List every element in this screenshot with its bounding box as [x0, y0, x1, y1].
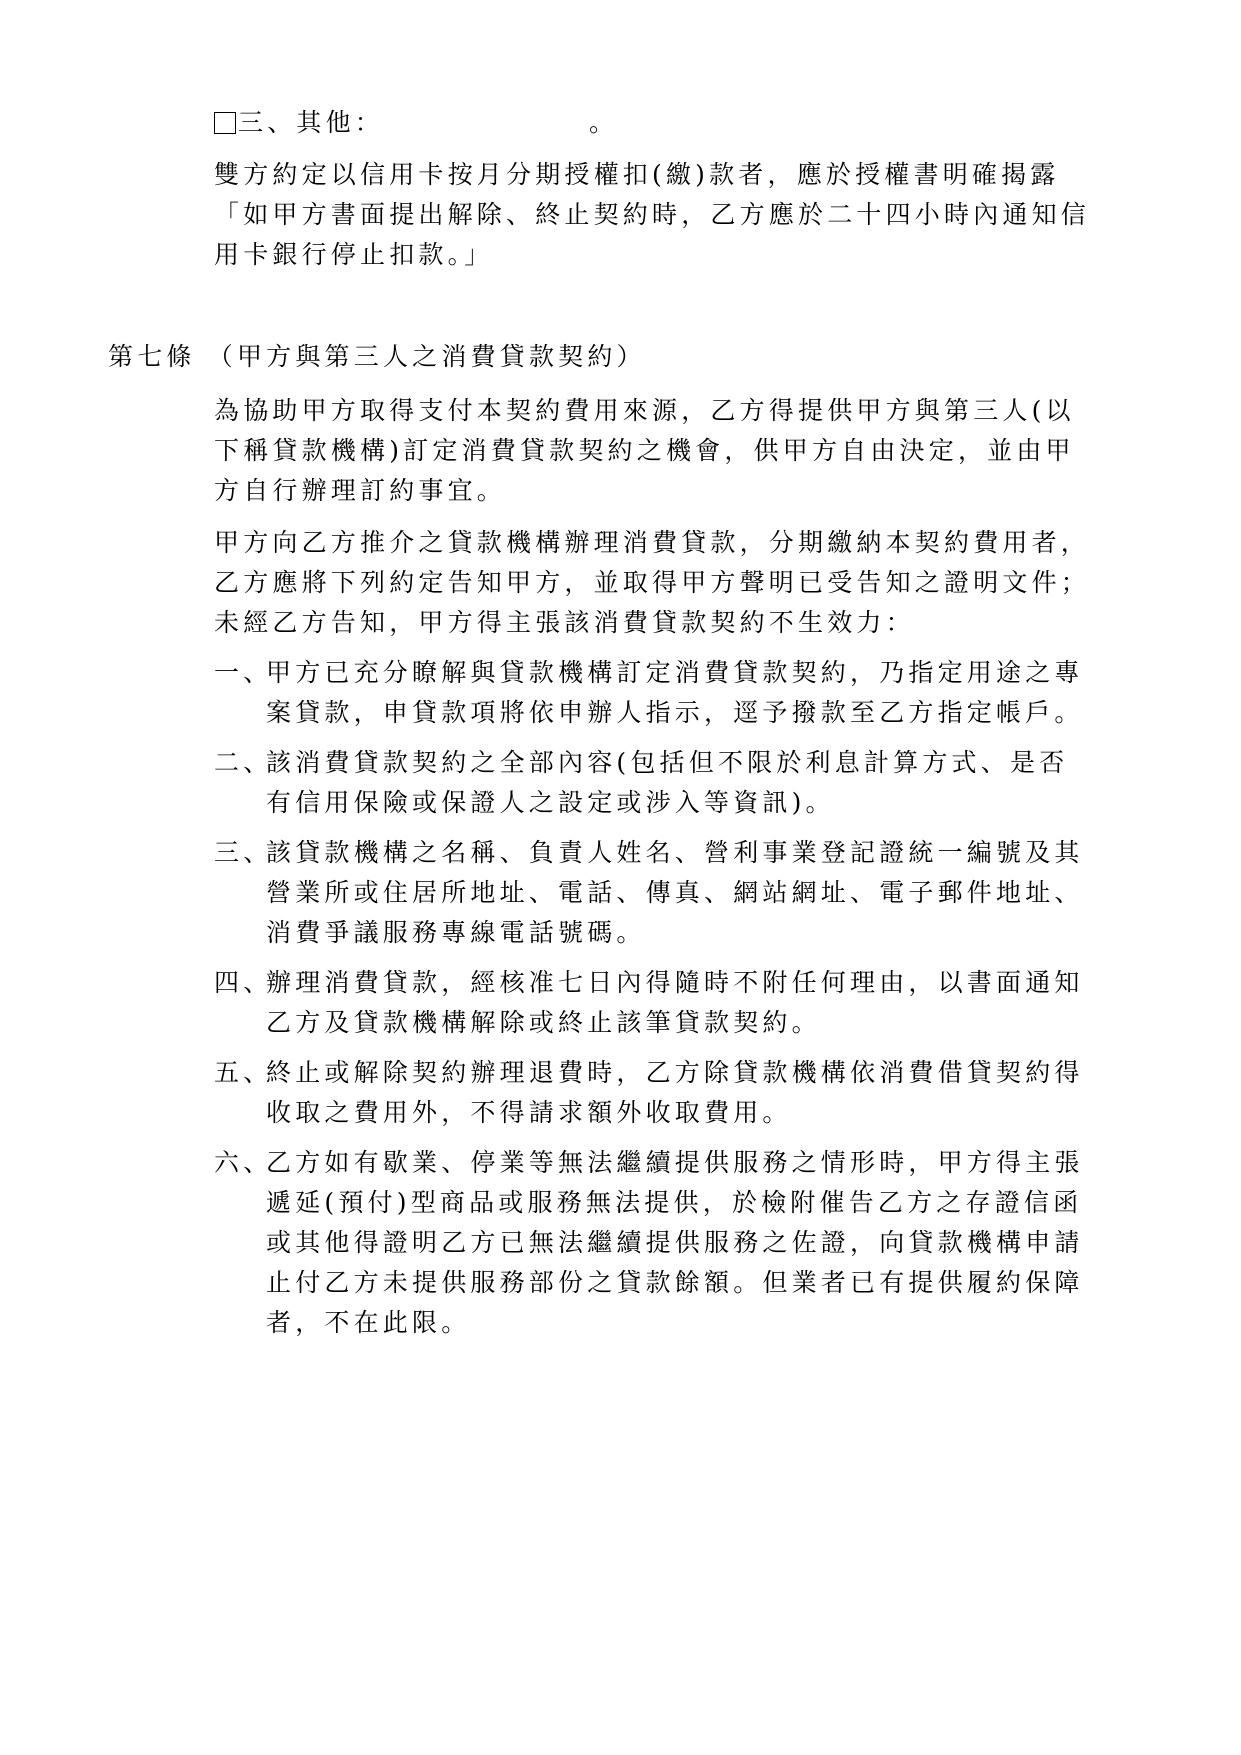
credit-card-paragraph-line-3: 用卡銀行停止扣款。」 [214, 240, 494, 270]
article-7-heading: 第七條 （甲方與第三人之消費貸款契約） [108, 342, 646, 372]
item-2-line-1: 該消費貸款契約之全部內容(包括但不限於利息計算方式、是否 [266, 748, 1068, 778]
item-5-line-1: 終止或解除契約辦理退費時，乙方除貸款機構依消費借貸契約得 [266, 1058, 1084, 1088]
item-6-line-4: 止付乙方未提供服務部份之貸款餘額。但業者已有提供履約保障 [266, 1268, 1084, 1298]
article-7-intro-line-1: 為協助甲方取得支付本契約費用來源，乙方得提供甲方與第三人(以 [214, 396, 1075, 426]
article-7-intro-line-3: 方自行辦理訂約事宜。 [214, 476, 506, 506]
article-7-notice-line-1: 甲方向乙方推介之貸款機構辦理消費貸款，分期繳納本契約費用者， [214, 528, 1090, 558]
item-3-line-3: 消費爭議服務專線電話號碼。 [266, 918, 646, 948]
item-6-line-5: 者，不在此限。 [266, 1308, 470, 1338]
article-7-notice-line-2: 乙方應將下列約定告知甲方，並取得甲方聲明已受告知之證明文件； [214, 568, 1090, 598]
item-4-marker: 四、 [214, 968, 272, 998]
item-6-line-1: 乙方如有歇業、停業等無法繼續提供服務之情形時，甲方得主張 [266, 1148, 1084, 1178]
article-7-intro-line-2: 下稱貸款機構)訂定消費貸款契約之機會，供甲方自由決定，並由甲 [214, 436, 1075, 466]
item-1-line-2: 案貸款，申貸款項將依申辦人指示，逕予撥款至乙方指定帳戶。 [266, 698, 1084, 728]
item-5-line-2: 收取之費用外，不得請求額外收取費用。 [266, 1098, 792, 1128]
item-3-line-2: 營業所或住居所地址、電話、傳真、網站網址、電子郵件地址、 [266, 878, 1084, 908]
checkbox-other-option[interactable] [214, 112, 236, 134]
article-7-notice-line-3: 未經乙方告知，甲方得主張該消費貸款契約不生效力： [214, 608, 915, 638]
item-6-line-2: 遞延(預付)型商品或服務無法提供，於檢附催告乙方之存證信函 [266, 1188, 1082, 1218]
item-6-marker: 六、 [214, 1148, 272, 1178]
other-option-end-mark: 。 [589, 108, 618, 137]
item-2-line-2: 有信用保險或保證人之設定或涉入等資訊)。 [266, 788, 835, 818]
item-1-line-1: 甲方已充分瞭解與貸款機構訂定消費貸款契約，乃指定用途之專 [266, 658, 1084, 688]
item-3-line-1: 該貸款機構之名稱、負責人姓名、營利事業登記證統一編號及其 [266, 838, 1084, 868]
item-1-marker: 一、 [214, 658, 272, 688]
item-4-line-1: 辦理消費貸款，經核准七日內得隨時不附任何理由，以書面通知 [266, 968, 1084, 998]
credit-card-paragraph-line-2: 「如甲方書面提出解除、終止契約時，乙方應於二十四小時內通知信 [214, 200, 1090, 230]
other-option-line: 三、其他：。 [214, 108, 618, 138]
item-4-line-2: 乙方及貸款機構解除或終止該筆貸款契約。 [266, 1008, 821, 1038]
item-6-line-3: 或其他得證明乙方已無法繼續提供服務之佐證，向貸款機構申請 [266, 1228, 1084, 1258]
item-2-marker: 二、 [214, 748, 272, 778]
credit-card-paragraph-line-1: 雙方約定以信用卡按月分期授權扣(繳)款者，應於授權書明確揭露 [214, 160, 1060, 190]
item-3-marker: 三、 [214, 838, 272, 868]
item-5-marker: 五、 [214, 1058, 272, 1088]
other-option-label: 三、其他： [238, 108, 384, 137]
